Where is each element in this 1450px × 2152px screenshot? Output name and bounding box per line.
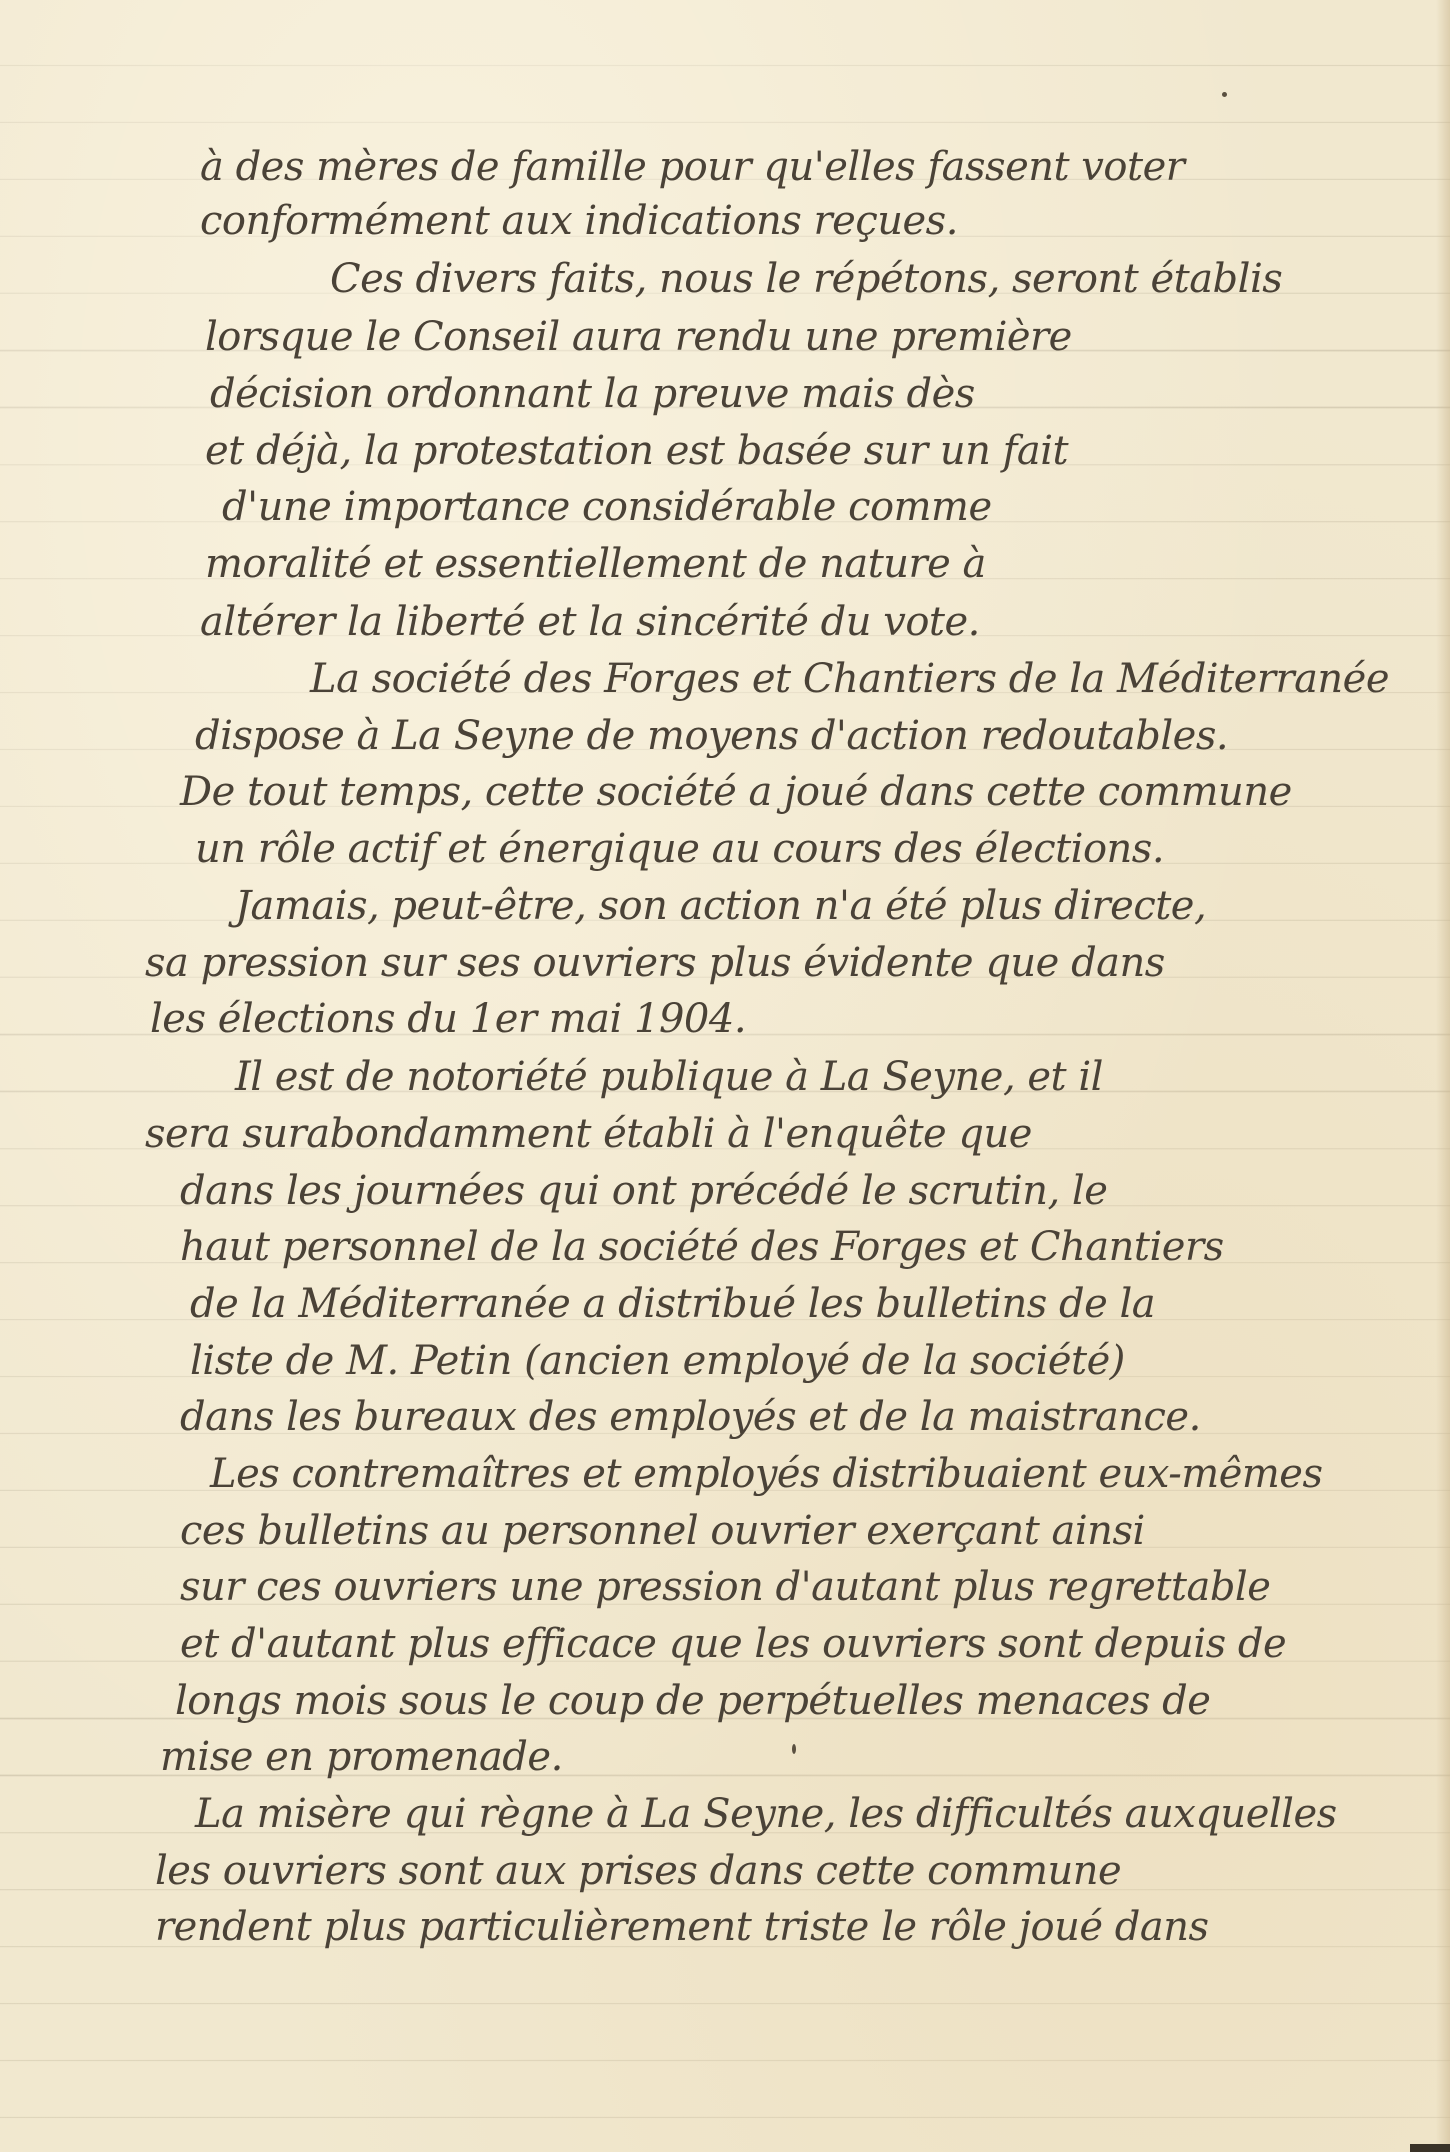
page-corner bbox=[1410, 2144, 1450, 2152]
ink-speck bbox=[792, 1744, 796, 1754]
text-line: dispose à La Seyne de moyens d'action re… bbox=[195, 707, 1228, 765]
text-line: sur ces ouvriers une pression d'autant p… bbox=[180, 1558, 1270, 1616]
text-line: et d'autant plus efficace que les ouvrie… bbox=[180, 1615, 1286, 1673]
text-line: sera surabondamment établi à l'enquête q… bbox=[145, 1105, 1032, 1163]
page-edge-shadow bbox=[1436, 0, 1450, 2152]
text-line: La société des Forges et Chantiers de la… bbox=[310, 650, 1389, 708]
text-line: moralité et essentiellement de nature à bbox=[205, 535, 986, 593]
text-line: La misère qui règne à La Seyne, les diff… bbox=[195, 1785, 1337, 1843]
text-line: haut personnel de la société des Forges … bbox=[180, 1218, 1224, 1276]
text-line: Les contremaîtres et employés distribuai… bbox=[210, 1445, 1323, 1503]
text-line: De tout temps, cette société a joué dans… bbox=[180, 763, 1292, 821]
text-line: un rôle actif et énergique au cours des … bbox=[195, 820, 1164, 878]
text-line: Il est de notoriété publique à La Seyne,… bbox=[235, 1048, 1103, 1106]
manuscript-page: à des mères de famille pour qu'elles fas… bbox=[0, 0, 1450, 2152]
text-line: ces bulletins au personnel ouvrier exerç… bbox=[180, 1502, 1145, 1560]
text-line: liste de M. Petin (ancien employé de la … bbox=[190, 1332, 1125, 1390]
text-line: Ces divers faits, nous le répétons, sero… bbox=[330, 250, 1282, 308]
text-line: dans les journées qui ont précédé le scr… bbox=[180, 1162, 1107, 1220]
text-line: les ouvriers sont aux prises dans cette … bbox=[155, 1842, 1121, 1900]
ink-speck bbox=[1222, 92, 1227, 97]
text-line: dans les bureaux des employés et de la m… bbox=[180, 1388, 1201, 1446]
text-line: altérer la liberté et la sincérité du vo… bbox=[200, 593, 980, 651]
text-line: longs mois sous le coup de perpétuelles … bbox=[175, 1672, 1210, 1730]
text-line: et déjà, la protestation est basée sur u… bbox=[205, 422, 1068, 480]
text-line: conformément aux indications reçues. bbox=[200, 192, 958, 250]
text-line: d'une importance considérable comme bbox=[222, 478, 992, 536]
text-line: de la Méditerranée a distribué les bulle… bbox=[190, 1275, 1155, 1333]
text-line: Jamais, peut-être, son action n'a été pl… bbox=[235, 877, 1206, 935]
text-line: sa pression sur ses ouvriers plus éviden… bbox=[145, 934, 1165, 992]
text-line: à des mères de famille pour qu'elles fas… bbox=[200, 138, 1184, 196]
text-line: décision ordonnant la preuve mais dès bbox=[210, 365, 975, 423]
text-line: les élections du 1er mai 1904. bbox=[150, 990, 746, 1048]
text-line: rendent plus particulièrement triste le … bbox=[155, 1898, 1209, 1956]
text-line: lorsque le Conseil aura rendu une premiè… bbox=[205, 308, 1072, 366]
text-line: mise en promenade. bbox=[160, 1728, 563, 1786]
